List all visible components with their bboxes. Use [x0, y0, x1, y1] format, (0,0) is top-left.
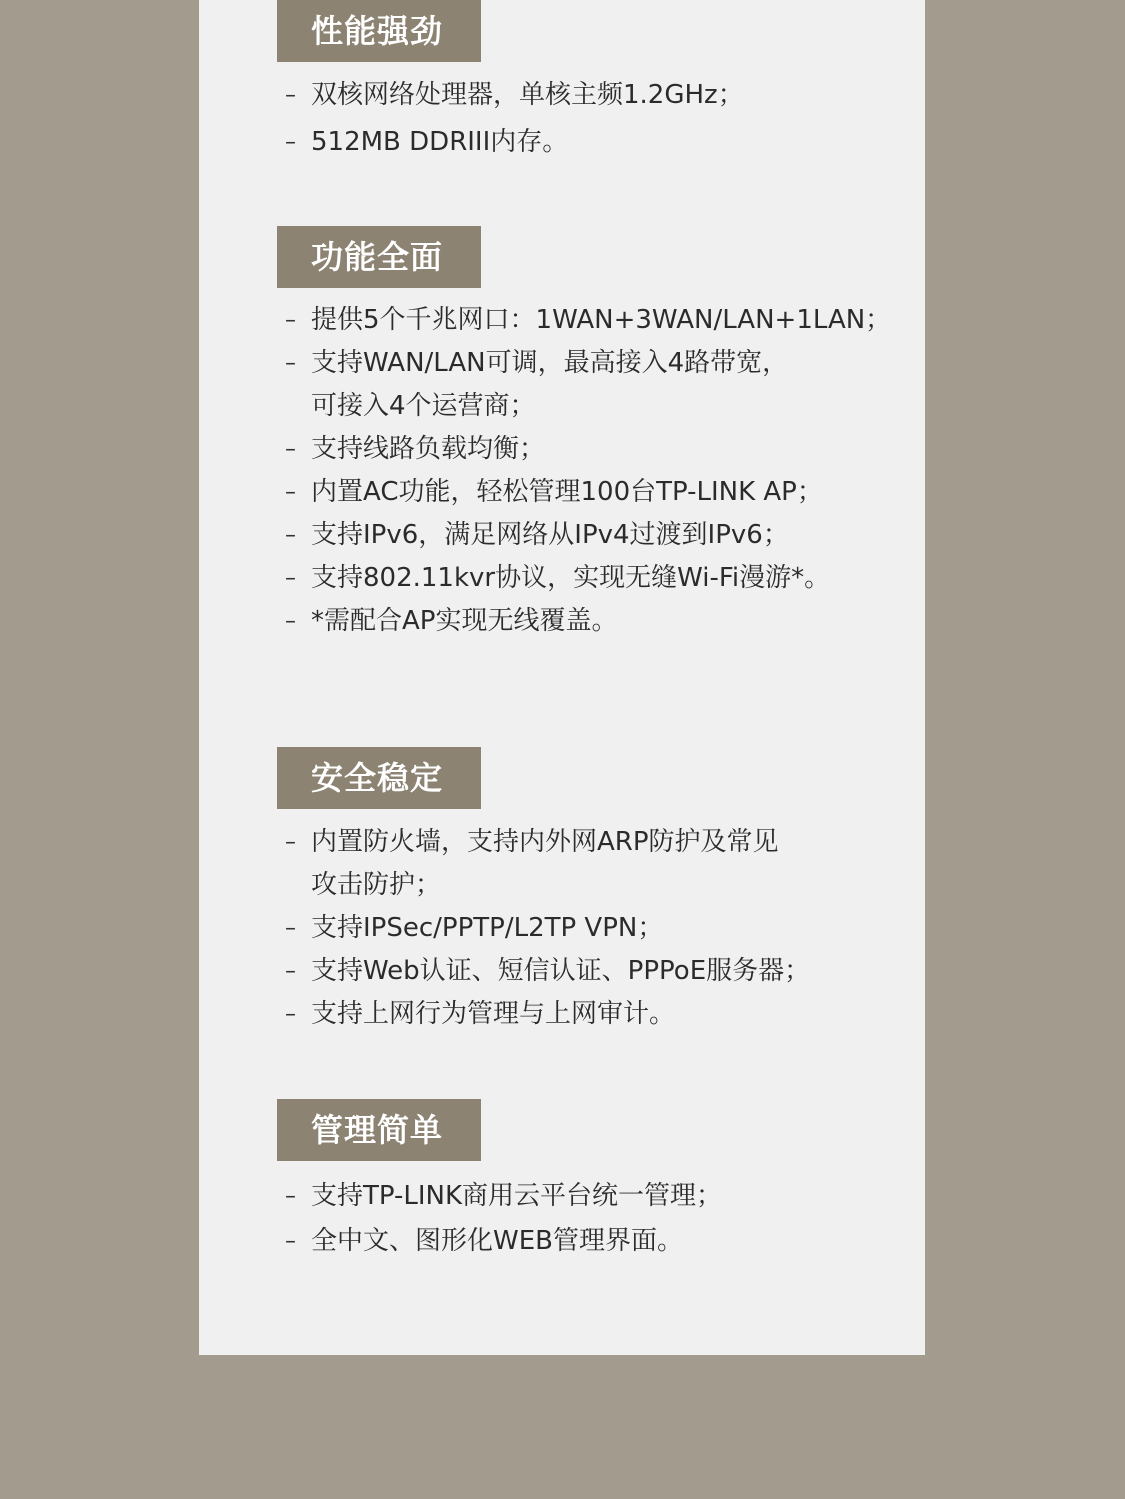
- feature-panel: 性能强劲 双核网络处理器，单核主频1.2GHz； 512MB DDRIII内存。…: [199, 0, 925, 1355]
- section-security: 安全稳定 内置防火墙，支持内外网ARP防护及常见攻击防护； 支持IPSec/PP…: [277, 747, 810, 1036]
- list-item: 支持Web认证、短信认证、PPPoE服务器；: [277, 950, 810, 993]
- list-item: 全中文、图形化WEB管理界面。: [277, 1220, 722, 1263]
- list-item: 支持802.11kvr协议，实现无缝Wi-Fi漫游*。: [277, 557, 891, 600]
- section-title: 功能全面: [277, 226, 481, 288]
- feature-list: 提供5个千兆网口：1WAN+3WAN/LAN+1LAN； 支持WAN/LAN可调…: [277, 299, 891, 643]
- list-item: 支持IPSec/PPTP/L2TP VPN；: [277, 907, 810, 950]
- section-title: 安全稳定: [277, 747, 481, 809]
- list-item: 内置AC功能，轻松管理100台TP-LINK AP；: [277, 471, 891, 514]
- list-item: 双核网络处理器，单核主频1.2GHz；: [277, 74, 744, 117]
- feature-list: 双核网络处理器，单核主频1.2GHz； 512MB DDRIII内存。: [277, 74, 744, 164]
- section-features: 功能全面 提供5个千兆网口：1WAN+3WAN/LAN+1LAN； 支持WAN/…: [277, 226, 891, 643]
- list-item: 512MB DDRIII内存。: [277, 121, 744, 164]
- section-management: 管理简单 支持TP-LINK商用云平台统一管理； 全中文、图形化WEB管理界面。: [277, 1099, 722, 1263]
- section-performance: 性能强劲 双核网络处理器，单核主频1.2GHz； 512MB DDRIII内存。: [277, 0, 744, 164]
- list-item: 提供5个千兆网口：1WAN+3WAN/LAN+1LAN；: [277, 299, 891, 342]
- list-item: 支持TP-LINK商用云平台统一管理；: [277, 1175, 722, 1218]
- list-item: 支持IPv6，满足网络从IPv4过渡到IPv6；: [277, 514, 891, 557]
- section-title: 性能强劲: [277, 0, 481, 62]
- list-item: *需配合AP实现无线覆盖。: [277, 600, 891, 643]
- list-item: 支持WAN/LAN可调，最高接入4路带宽，可接入4个运营商；: [277, 342, 891, 428]
- feature-list: 内置防火墙，支持内外网ARP防护及常见攻击防护； 支持IPSec/PPTP/L2…: [277, 821, 810, 1036]
- list-item: 内置防火墙，支持内外网ARP防护及常见攻击防护；: [277, 821, 810, 907]
- section-title: 管理简单: [277, 1099, 481, 1161]
- list-item: 支持上网行为管理与上网审计。: [277, 993, 810, 1036]
- feature-list: 支持TP-LINK商用云平台统一管理； 全中文、图形化WEB管理界面。: [277, 1175, 722, 1263]
- list-item: 支持线路负载均衡；: [277, 428, 891, 471]
